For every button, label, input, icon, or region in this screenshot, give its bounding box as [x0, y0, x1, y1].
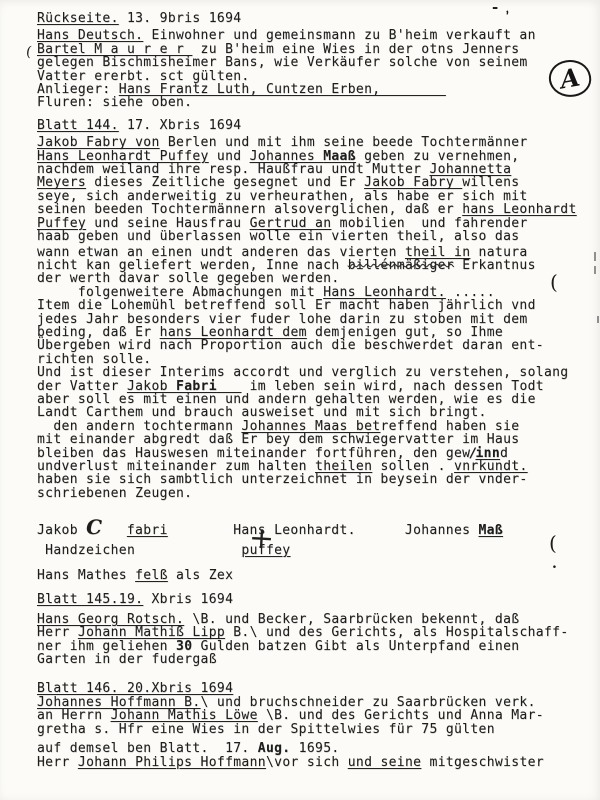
text-run: Gulden batzen Gibt als Unterpfand einen	[192, 639, 519, 654]
text-line: Herr Johann Mathiß Lipp B.\ und des Geri…	[37, 626, 596, 639]
text-line: Jakob Fabry von Berlen und mit ihm seine…	[37, 136, 596, 149]
stray-pen-mark: (	[25, 44, 33, 61]
text-line: Handzeichen puffey	[37, 544, 596, 557]
margin-paren-mark-bottom: (	[549, 531, 557, 555]
text-line: Blatt 144. 17. Xbris 1694	[37, 119, 596, 132]
handwritten-run: C	[86, 515, 102, 539]
text-line: Bartel M a u r e r zu B'heim eine Wies i…	[37, 43, 596, 56]
text-line: Johannes Hoffmann B.\ und bruchschneider…	[37, 696, 596, 709]
text-line: undverlust miteinander zum halten theile…	[37, 460, 596, 473]
text-line: bleiben das Hauswesen miteinander fortfü…	[37, 447, 596, 460]
text-run: schriebenen Zeugen.	[37, 486, 192, 501]
text-run	[168, 523, 233, 538]
text-line: Rückseite. 13. 9bris 1694	[37, 12, 596, 25]
text-run: gretha s. Hfr eine Wies in der Spittelwi…	[37, 722, 495, 737]
corner-dash-mark: -	[492, 0, 498, 16]
text-run: Fluren: siehe oben.	[37, 95, 192, 110]
text-line: Garten in der fudergaß	[37, 653, 596, 666]
text-line: seye, sich anderweitig zu verheurathen, …	[37, 190, 596, 203]
margin-dot-mark: .	[552, 556, 557, 572]
text-run: mitgeschwister	[421, 755, 544, 770]
text-line: schriebenen Zeugen.	[37, 487, 596, 500]
text-line: Fluren: siehe oben.	[37, 96, 596, 109]
text-run: Jakob	[37, 523, 86, 538]
text-line: Hans Leonhardt Puffey und Johannes Maaß …	[37, 150, 596, 163]
text-run: billénmäßiger	[348, 258, 454, 273]
circled-letter-label: A	[558, 63, 582, 95]
text-line: an Herrn Johann Mathis Löwe \B. und des …	[37, 709, 596, 722]
text-line: Herr Johann Philips Hoffmann\vor sich un…	[37, 756, 596, 769]
text-run: Erkantnus	[454, 258, 536, 273]
text-line: Blatt 145.19. Xbris 1694	[37, 593, 596, 606]
text-run: und seine	[348, 755, 422, 770]
text-run: Xbris 1694	[143, 592, 233, 607]
text-line: folgenweitere Abmachungen mit Hans Leonh…	[37, 286, 596, 299]
text-run: Johannes	[405, 523, 479, 538]
scan-artifact	[594, 252, 596, 261]
text-line: den andern tochtermann Johannes Maas bet…	[37, 420, 596, 433]
text-run: Rückseite.	[37, 11, 119, 26]
margin-paren-mark-top: (	[550, 270, 558, 294]
handwritten-cross-mark: +	[248, 520, 275, 556]
text-line: Landt Carthem und brauch ausweiset und m…	[37, 406, 596, 419]
text-run: Johann Philips Hoffmann	[78, 755, 266, 770]
text-run: als Zex	[168, 568, 233, 583]
text-line: nicht kan geliefert werden, Inne nach bi…	[37, 259, 596, 272]
text-run: Blatt 144.	[37, 118, 119, 133]
text-line: Meyers dieses Zeitliche gesegnet und Er …	[37, 176, 596, 189]
text-run: \vor sich	[266, 755, 348, 770]
text-run: haab geben und überlassen wolle ein vier…	[37, 229, 519, 244]
scan-artifact	[597, 316, 599, 323]
document-body: Rückseite. 13. 9bris 1694Hans Deutsch. E…	[37, 12, 596, 769]
text-line: gelegen Bischmisheimer Bans, wie Verkäuf…	[37, 56, 596, 69]
text-run: Hans Mathes	[37, 568, 135, 583]
text-run: Garten in der fudergaß	[37, 652, 217, 667]
text-line: Und ist dieser Interims accordt und verg…	[37, 366, 596, 379]
text-run: 13. 9bris 1694	[119, 11, 242, 26]
text-run: Blatt 145.19.	[37, 592, 143, 607]
text-line: Jakob C fabri Hans Leonhardt. Johannes M…	[37, 522, 596, 537]
text-run	[356, 523, 405, 538]
text-line: auf demsel ben Blatt. 17. Aug. 1695.	[37, 742, 596, 755]
text-run: felß	[135, 568, 168, 583]
text-line: haben sie sich sambtlich unterzeichnet i…	[37, 473, 596, 486]
text-line: Hans Georg Rotsch. \B. und Becker, Saarb…	[37, 613, 596, 626]
text-line: Blatt 146. 20.Xbris 1694	[37, 682, 596, 695]
text-run: Handzeichen	[37, 543, 135, 558]
text-line: Item die Lohemühl betreffend soll Er mac…	[37, 299, 596, 312]
text-line: Hans Mathes felß als Zex	[37, 569, 596, 582]
scan-artifact	[594, 266, 596, 274]
text-line: Hans Deutsch. Einwohner und gemeinsmann …	[37, 29, 596, 42]
text-line: Vatter ererbt. sct gülten.	[37, 70, 596, 83]
text-line: Anlieger: Hans Frantz Luth, Cuntzen Erbe…	[37, 83, 596, 96]
text-line: mit einander abgredt daß Er bey dem schw…	[37, 433, 596, 446]
text-line: wann etwan an einen undt anderen das vie…	[37, 246, 596, 259]
text-line: Übergeben wird nach Proportion auch die …	[37, 339, 596, 352]
text-line: seinen beeden Tochtermännern alsoverglic…	[37, 203, 596, 216]
text-run: fabri	[127, 523, 168, 538]
text-line: haab geben und überlassen wolle ein vier…	[37, 230, 596, 243]
text-line: Puffey und seine Hausfrau Gertrud an mob…	[37, 217, 596, 230]
text-run	[102, 523, 127, 538]
text-line: gretha s. Hfr eine Wies in der Spittelwi…	[37, 723, 596, 736]
text-line: jedes Jahr besonders vier fuder lohe dar…	[37, 313, 596, 326]
text-run: 17. Xbris 1694	[119, 118, 242, 133]
text-line: ner ihm geliehen 30 Gulden batzen Gibt a…	[37, 640, 596, 653]
text-run: Herr	[37, 755, 78, 770]
text-line: nachdem weiland ihre resp. Haußfrau undt…	[37, 163, 596, 176]
text-line: der werth davar solle gegeben werden.	[37, 272, 596, 285]
text-run	[135, 543, 241, 558]
text-line: richten solle.	[37, 353, 596, 366]
text-run: Maß	[479, 523, 504, 538]
text-line: der Vatter Jakob Fabri im leben sein wir…	[37, 380, 596, 393]
scanned-document-page: Rückseite. 13. 9bris 1694Hans Deutsch. E…	[0, 0, 600, 800]
text-line: aber soll es mit einen und andern gehalt…	[37, 393, 596, 406]
